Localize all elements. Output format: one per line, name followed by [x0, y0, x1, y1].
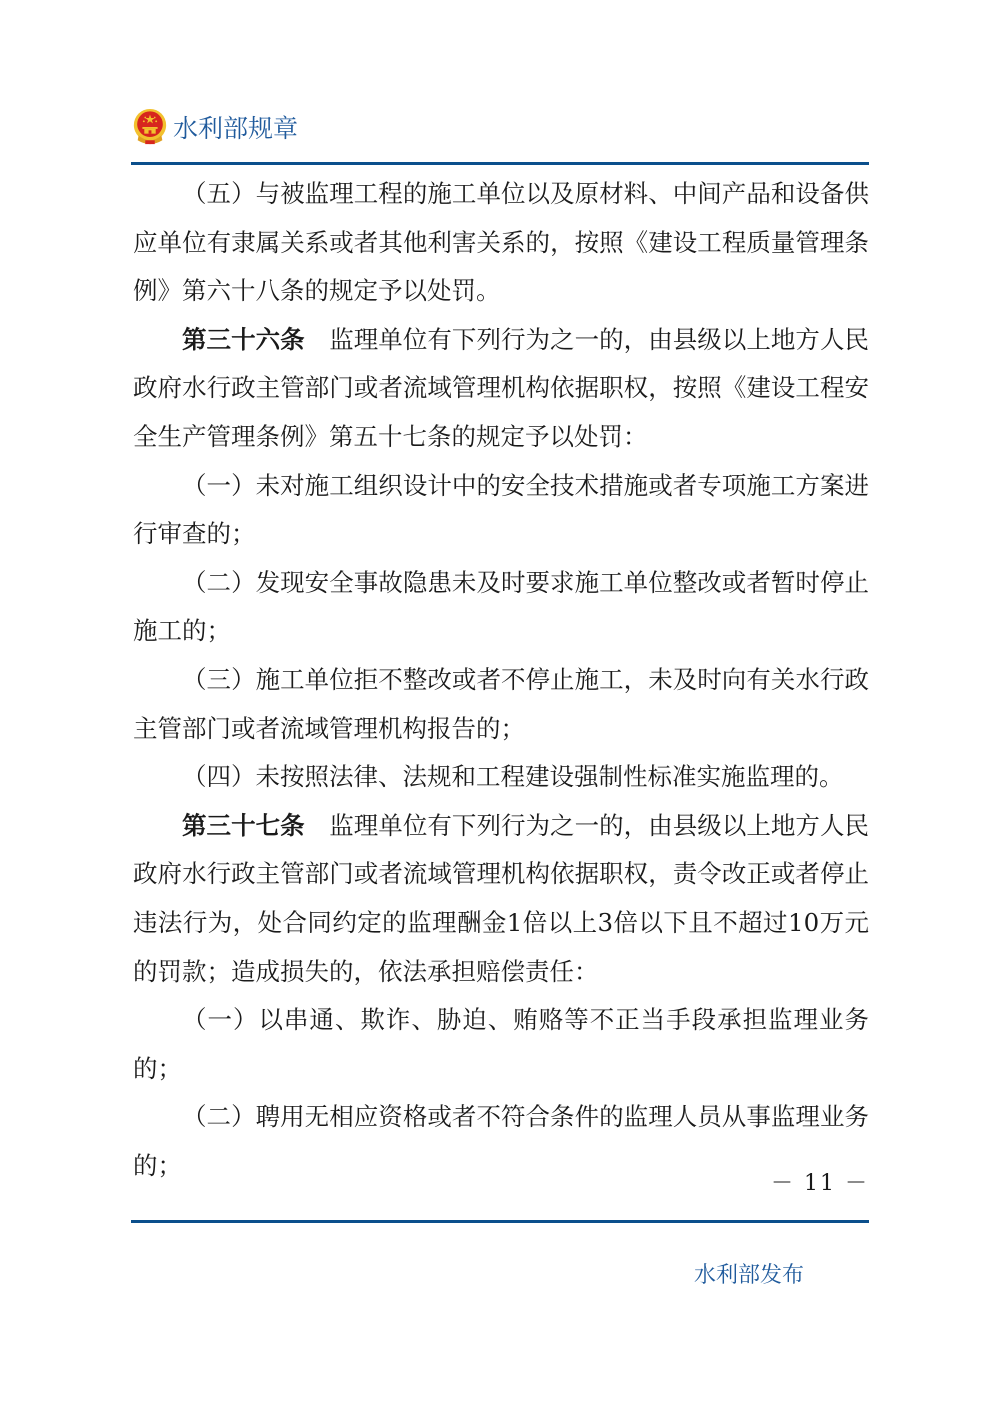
- article-36-item-1: （一）未对施工组织设计中的安全技术措施或者专项施工方案进行审查的；: [133, 462, 869, 559]
- page-number: － 11 －: [771, 1166, 869, 1197]
- publisher-footer: 水利部发布: [694, 1258, 804, 1289]
- article-36-item-4: （四）未按照法律、法规和工程建设强制性标准实施监理的。: [133, 753, 869, 802]
- page-header: 水利部规章: [131, 104, 298, 150]
- article-36-item-3: （三）施工单位拒不整改或者不停止施工，未及时向有关水行政主管部门或者流域管理机构…: [133, 656, 869, 753]
- article-heading: 第三十七条: [182, 811, 305, 840]
- national-emblem-icon: [131, 107, 169, 147]
- article-heading: 第三十六条: [182, 325, 305, 354]
- article-37-item-1: （一）以串通、欺诈、胁迫、贿赂等不正当手段承担监理业务的；: [133, 996, 869, 1093]
- article-36: 第三十六条 监理单位有下列行为之一的，由县级以上地方人民政府水行政主管部门或者流…: [133, 316, 869, 462]
- paragraph-item-5: （五）与被监理工程的施工单位以及原材料、中间产品和设备供应单位有隶属关系或者其他…: [133, 170, 869, 316]
- header-title: 水利部规章: [173, 109, 298, 145]
- article-36-item-2: （二）发现安全事故隐患未及时要求施工单位整改或者暂时停止施工的；: [133, 559, 869, 656]
- document-body: （五）与被监理工程的施工单位以及原材料、中间产品和设备供应单位有隶属关系或者其他…: [133, 170, 869, 1190]
- article-37: 第三十七条 监理单位有下列行为之一的，由县级以上地方人民政府水行政主管部门或者流…: [133, 802, 869, 996]
- header-divider: [131, 162, 869, 165]
- footer-divider: [131, 1220, 869, 1223]
- article-37-item-2: （二）聘用无相应资格或者不符合条件的监理人员从事监理业务的；: [133, 1093, 869, 1190]
